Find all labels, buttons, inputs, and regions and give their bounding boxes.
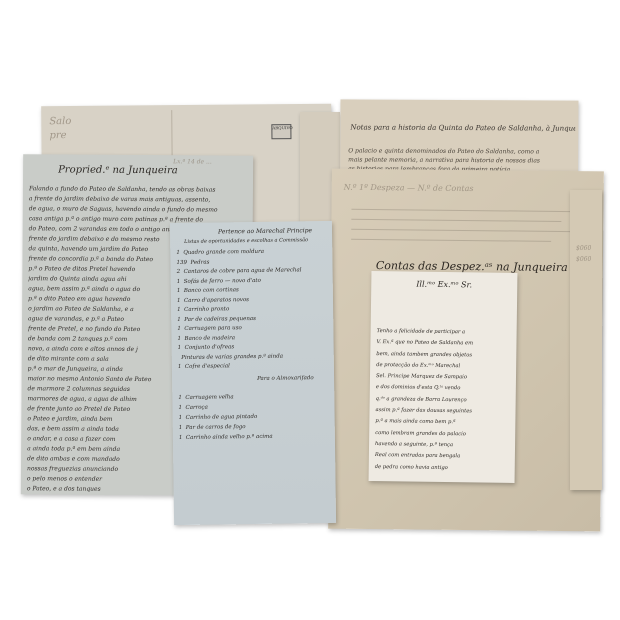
list-subtitle: Listas de oportunidades e escolhas a Com… [184,237,329,245]
inventory-list: Pertence ao Marechal Principe Listas de … [170,221,336,525]
corner-text: Salo [49,116,71,127]
folder-edge-strip: $060 $060 [570,190,602,490]
archive-stamp: ARQUIVO [271,124,291,139]
margin-number-2: $060 [576,245,591,252]
folder-faint-header: N.º 1º Despeza — N.º de Contas [344,183,584,195]
letter-title: Propried.ᵉ na Junqueira [58,164,178,176]
margin-number-3: $060 [576,256,591,263]
white-letter-body: Tenho a felicidade de participar a V. Ex… [375,326,513,475]
list-title: Pertence ao Marechal Principe [218,227,312,235]
corner-text-2: pre [49,130,66,141]
notes-line-1: O palacio e quinta denominados do Pateo … [348,147,573,155]
list-items-2: 1 Carruagem velha 1 Carroça 1 Carrinho d… [178,391,331,443]
list-section2-title: Para o Almoxarifado [257,375,314,382]
notes-line-2: mais pelante memoria, a narrativa para h… [348,156,573,164]
white-letter: Ill.ᵐᵒ Ex.ᵐᵒ Sr. Tenho a felicidade de p… [369,271,518,483]
letter-salutation: Ill.ᵐᵒ Ex.ᵐᵒ Sr. [416,280,472,290]
list-items: 1 Quadro grande com moldura 139 Pedras 2… [176,247,330,373]
letter-date: Lx.ª 14 de ... [173,158,212,165]
notes-title: Notas para a historia da Quinta do Pateo… [350,123,575,132]
